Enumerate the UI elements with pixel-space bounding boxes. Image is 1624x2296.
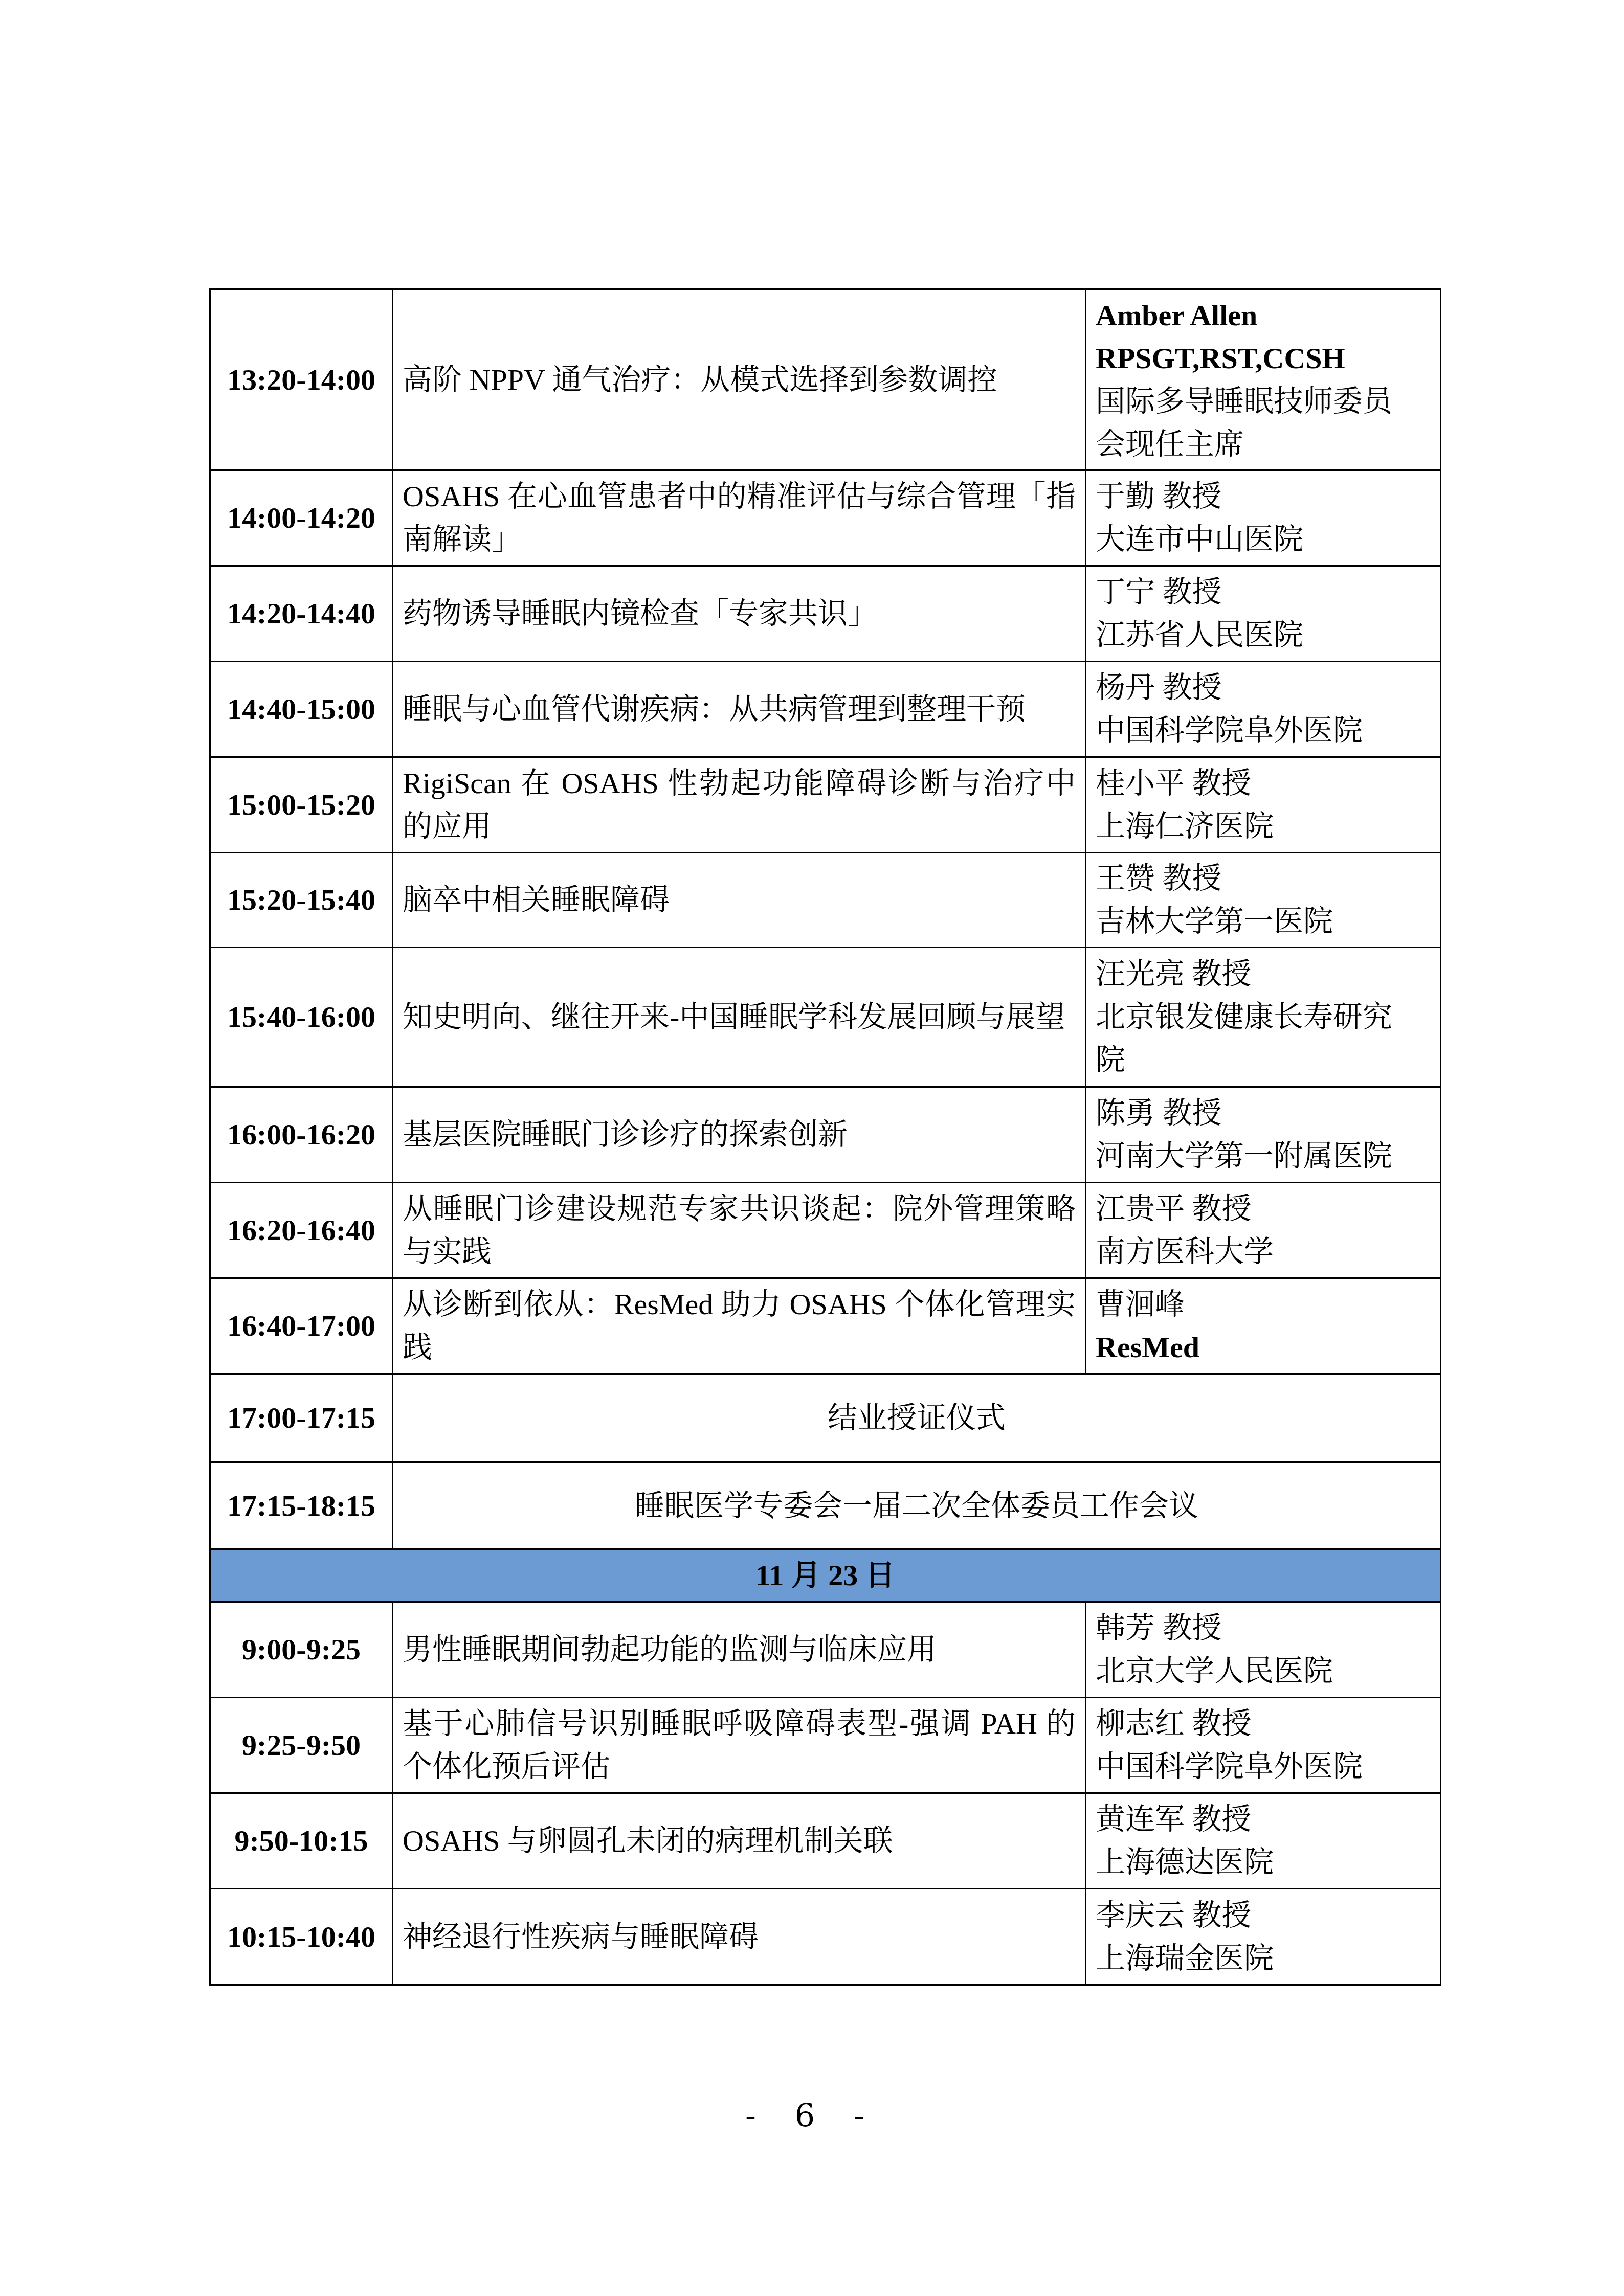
- table-row: 9:50-10:15 OSAHS 与卵圆孔未闭的病理机制关联 黄连军 教授 上海…: [210, 1793, 1441, 1889]
- speaker-name: 陈勇 教授: [1096, 1092, 1431, 1135]
- session-speaker: Amber Allen RPSGT,RST,CCSH 国际多导睡眠技师委员 会现…: [1086, 289, 1441, 470]
- speaker-affiliation: 河南大学第一附属医院: [1096, 1135, 1431, 1178]
- speaker-name: 丁宁 教授: [1096, 571, 1431, 614]
- session-time: 15:00-15:20: [210, 757, 393, 853]
- session-topic: 基层医院睡眠门诊诊疗的探索创新: [393, 1087, 1086, 1183]
- session-time: 15:40-16:00: [210, 948, 393, 1087]
- speaker-affiliation: 院: [1096, 1039, 1431, 1082]
- agenda-table: 13:20-14:00 高阶 NPPV 通气治疗：从模式选择到参数调控 Ambe…: [209, 288, 1441, 1986]
- table-row: 14:20-14:40 药物诱导睡眠内镜检查「专家共识」 丁宁 教授 江苏省人民…: [210, 566, 1441, 662]
- speaker-affiliation: 大连市中山医院: [1096, 518, 1431, 561]
- session-topic: 高阶 NPPV 通气治疗：从模式选择到参数调控: [393, 289, 1086, 470]
- session-time: 9:50-10:15: [210, 1793, 393, 1889]
- session-topic: 从睡眠门诊建设规范专家共识谈起：院外管理策略与实践: [393, 1183, 1086, 1278]
- speaker-name: 杨丹 教授: [1096, 666, 1431, 709]
- session-topic: 脑卒中相关睡眠障碍: [393, 853, 1086, 948]
- session-topic: 药物诱导睡眠内镜检查「专家共识」: [393, 566, 1086, 662]
- session-speaker: 黄连军 教授 上海德达医院: [1086, 1793, 1441, 1889]
- session-speaker: 曹洄峰 ResMed: [1086, 1278, 1441, 1374]
- plenary-time: 17:00-17:15: [210, 1374, 393, 1462]
- table-row: 16:20-16:40 从睡眠门诊建设规范专家共识谈起：院外管理策略与实践 江贵…: [210, 1183, 1441, 1278]
- session-time: 10:15-10:40: [210, 1889, 393, 1985]
- speaker-affiliation: 北京大学人民医院: [1096, 1650, 1431, 1693]
- speaker-name: 曹洄峰: [1096, 1283, 1431, 1326]
- plenary-time: 17:15-18:15: [210, 1462, 393, 1549]
- table-row: 14:40-15:00 睡眠与心血管代谢疾病：从共病管理到整理干预 杨丹 教授 …: [210, 662, 1441, 757]
- session-speaker: 韩芳 教授 北京大学人民医院: [1086, 1602, 1441, 1698]
- session-time: 14:00-14:20: [210, 470, 393, 566]
- speaker-name: 李庆云 教授: [1096, 1894, 1431, 1937]
- speaker-affiliation: 上海仁济医院: [1096, 805, 1431, 848]
- session-time: 9:00-9:25: [210, 1602, 393, 1698]
- speaker-affiliation: 南方医科大学: [1096, 1230, 1431, 1273]
- speaker-affiliation: 上海德达医院: [1096, 1841, 1431, 1884]
- table-row: 10:15-10:40 神经退行性疾病与睡眠障碍 李庆云 教授 上海瑞金医院: [210, 1889, 1441, 1985]
- table-row: 9:00-9:25 男性睡眠期间勃起功能的监测与临床应用 韩芳 教授 北京大学人…: [210, 1602, 1441, 1698]
- speaker-name: 汪光亮 教授: [1096, 953, 1431, 996]
- speaker-name: 王赞 教授: [1096, 857, 1431, 900]
- speaker-name: 江贵平 教授: [1096, 1187, 1431, 1230]
- session-time: 14:20-14:40: [210, 566, 393, 662]
- session-time: 14:40-15:00: [210, 662, 393, 757]
- session-speaker: 江贵平 教授 南方医科大学: [1086, 1183, 1441, 1278]
- speaker-name: Amber Allen: [1096, 294, 1431, 337]
- speaker-credentials: RPSGT,RST,CCSH: [1096, 337, 1431, 380]
- page-number: - 6 -: [0, 2097, 1624, 2134]
- speaker-name: 柳志红 教授: [1096, 1702, 1431, 1745]
- session-speaker: 汪光亮 教授 北京银发健康长寿研究 院: [1086, 948, 1441, 1087]
- session-speaker: 王赞 教授 吉林大学第一医院: [1086, 853, 1441, 948]
- speaker-affiliation: 国际多导睡眠技师委员: [1096, 380, 1431, 423]
- session-speaker: 丁宁 教授 江苏省人民医院: [1086, 566, 1441, 662]
- table-row: 16:40-17:00 从诊断到依从：ResMed 助力 OSAHS 个体化管理…: [210, 1278, 1441, 1374]
- speaker-affiliation: 北京银发健康长寿研究: [1096, 996, 1431, 1039]
- session-time: 13:20-14:00: [210, 289, 393, 470]
- table-row: 17:00-17:15 结业授证仪式: [210, 1374, 1441, 1462]
- session-speaker: 杨丹 教授 中国科学院阜外医院: [1086, 662, 1441, 757]
- speaker-name: 韩芳 教授: [1096, 1607, 1431, 1650]
- session-speaker: 桂小平 教授 上海仁济医院: [1086, 757, 1441, 853]
- speaker-affiliation: ResMed: [1096, 1326, 1431, 1369]
- session-topic: OSAHS 与卵圆孔未闭的病理机制关联: [393, 1793, 1086, 1889]
- session-speaker: 陈勇 教授 河南大学第一附属医院: [1086, 1087, 1441, 1183]
- session-speaker: 于勤 教授 大连市中山医院: [1086, 470, 1441, 566]
- session-topic: RigiScan 在 OSAHS 性勃起功能障碍诊断与治疗中的应用: [393, 757, 1086, 853]
- session-time: 9:25-9:50: [210, 1698, 393, 1793]
- session-speaker: 柳志红 教授 中国科学院阜外医院: [1086, 1698, 1441, 1793]
- session-topic: 基于心肺信号识别睡眠呼吸障碍表型-强调 PAH 的个体化预后评估: [393, 1698, 1086, 1793]
- speaker-affiliation: 上海瑞金医院: [1096, 1937, 1431, 1980]
- table-row: 14:00-14:20 OSAHS 在心血管患者中的精准评估与综合管理「指南解读…: [210, 470, 1441, 566]
- speaker-affiliation: 吉林大学第一医院: [1096, 900, 1431, 943]
- session-time: 16:40-17:00: [210, 1278, 393, 1374]
- speaker-name: 桂小平 教授: [1096, 762, 1431, 805]
- session-time: 16:20-16:40: [210, 1183, 393, 1278]
- plenary-title: 结业授证仪式: [393, 1374, 1441, 1462]
- table-row: 9:25-9:50 基于心肺信号识别睡眠呼吸障碍表型-强调 PAH 的个体化预后…: [210, 1698, 1441, 1793]
- session-topic: 睡眠与心血管代谢疾病：从共病管理到整理干预: [393, 662, 1086, 757]
- session-topic: OSAHS 在心血管患者中的精准评估与综合管理「指南解读」: [393, 470, 1086, 566]
- table-row: 15:40-16:00 知史明向、继往开来-中国睡眠学科发展回顾与展望 汪光亮 …: [210, 948, 1441, 1087]
- speaker-name: 黄连军 教授: [1096, 1798, 1431, 1841]
- session-topic: 知史明向、继往开来-中国睡眠学科发展回顾与展望: [393, 948, 1086, 1087]
- speaker-name: 于勤 教授: [1096, 475, 1431, 518]
- plenary-title: 睡眠医学专委会一届二次全体委员工作会议: [393, 1462, 1441, 1549]
- session-speaker: 李庆云 教授 上海瑞金医院: [1086, 1889, 1441, 1985]
- session-topic: 从诊断到依从：ResMed 助力 OSAHS 个体化管理实践: [393, 1278, 1086, 1374]
- table-row: 17:15-18:15 睡眠医学专委会一届二次全体委员工作会议: [210, 1462, 1441, 1549]
- session-topic: 男性睡眠期间勃起功能的监测与临床应用: [393, 1602, 1086, 1698]
- day-header-row: 11 月 23 日: [210, 1549, 1441, 1602]
- session-time: 16:00-16:20: [210, 1087, 393, 1183]
- day-header: 11 月 23 日: [210, 1549, 1441, 1602]
- table-row: 15:20-15:40 脑卒中相关睡眠障碍 王赞 教授 吉林大学第一医院: [210, 853, 1441, 948]
- speaker-affiliation: 中国科学院阜外医院: [1096, 1745, 1431, 1788]
- session-time: 15:20-15:40: [210, 853, 393, 948]
- session-topic: 神经退行性疾病与睡眠障碍: [393, 1889, 1086, 1985]
- document-page: 13:20-14:00 高阶 NPPV 通气治疗：从模式选择到参数调控 Ambe…: [0, 0, 1624, 2296]
- table-row: 16:00-16:20 基层医院睡眠门诊诊疗的探索创新 陈勇 教授 河南大学第一…: [210, 1087, 1441, 1183]
- speaker-affiliation: 江苏省人民医院: [1096, 614, 1431, 657]
- speaker-affiliation: 中国科学院阜外医院: [1096, 709, 1431, 752]
- table-row: 15:00-15:20 RigiScan 在 OSAHS 性勃起功能障碍诊断与治…: [210, 757, 1441, 853]
- speaker-affiliation: 会现任主席: [1096, 423, 1431, 466]
- table-row: 13:20-14:00 高阶 NPPV 通气治疗：从模式选择到参数调控 Ambe…: [210, 289, 1441, 470]
